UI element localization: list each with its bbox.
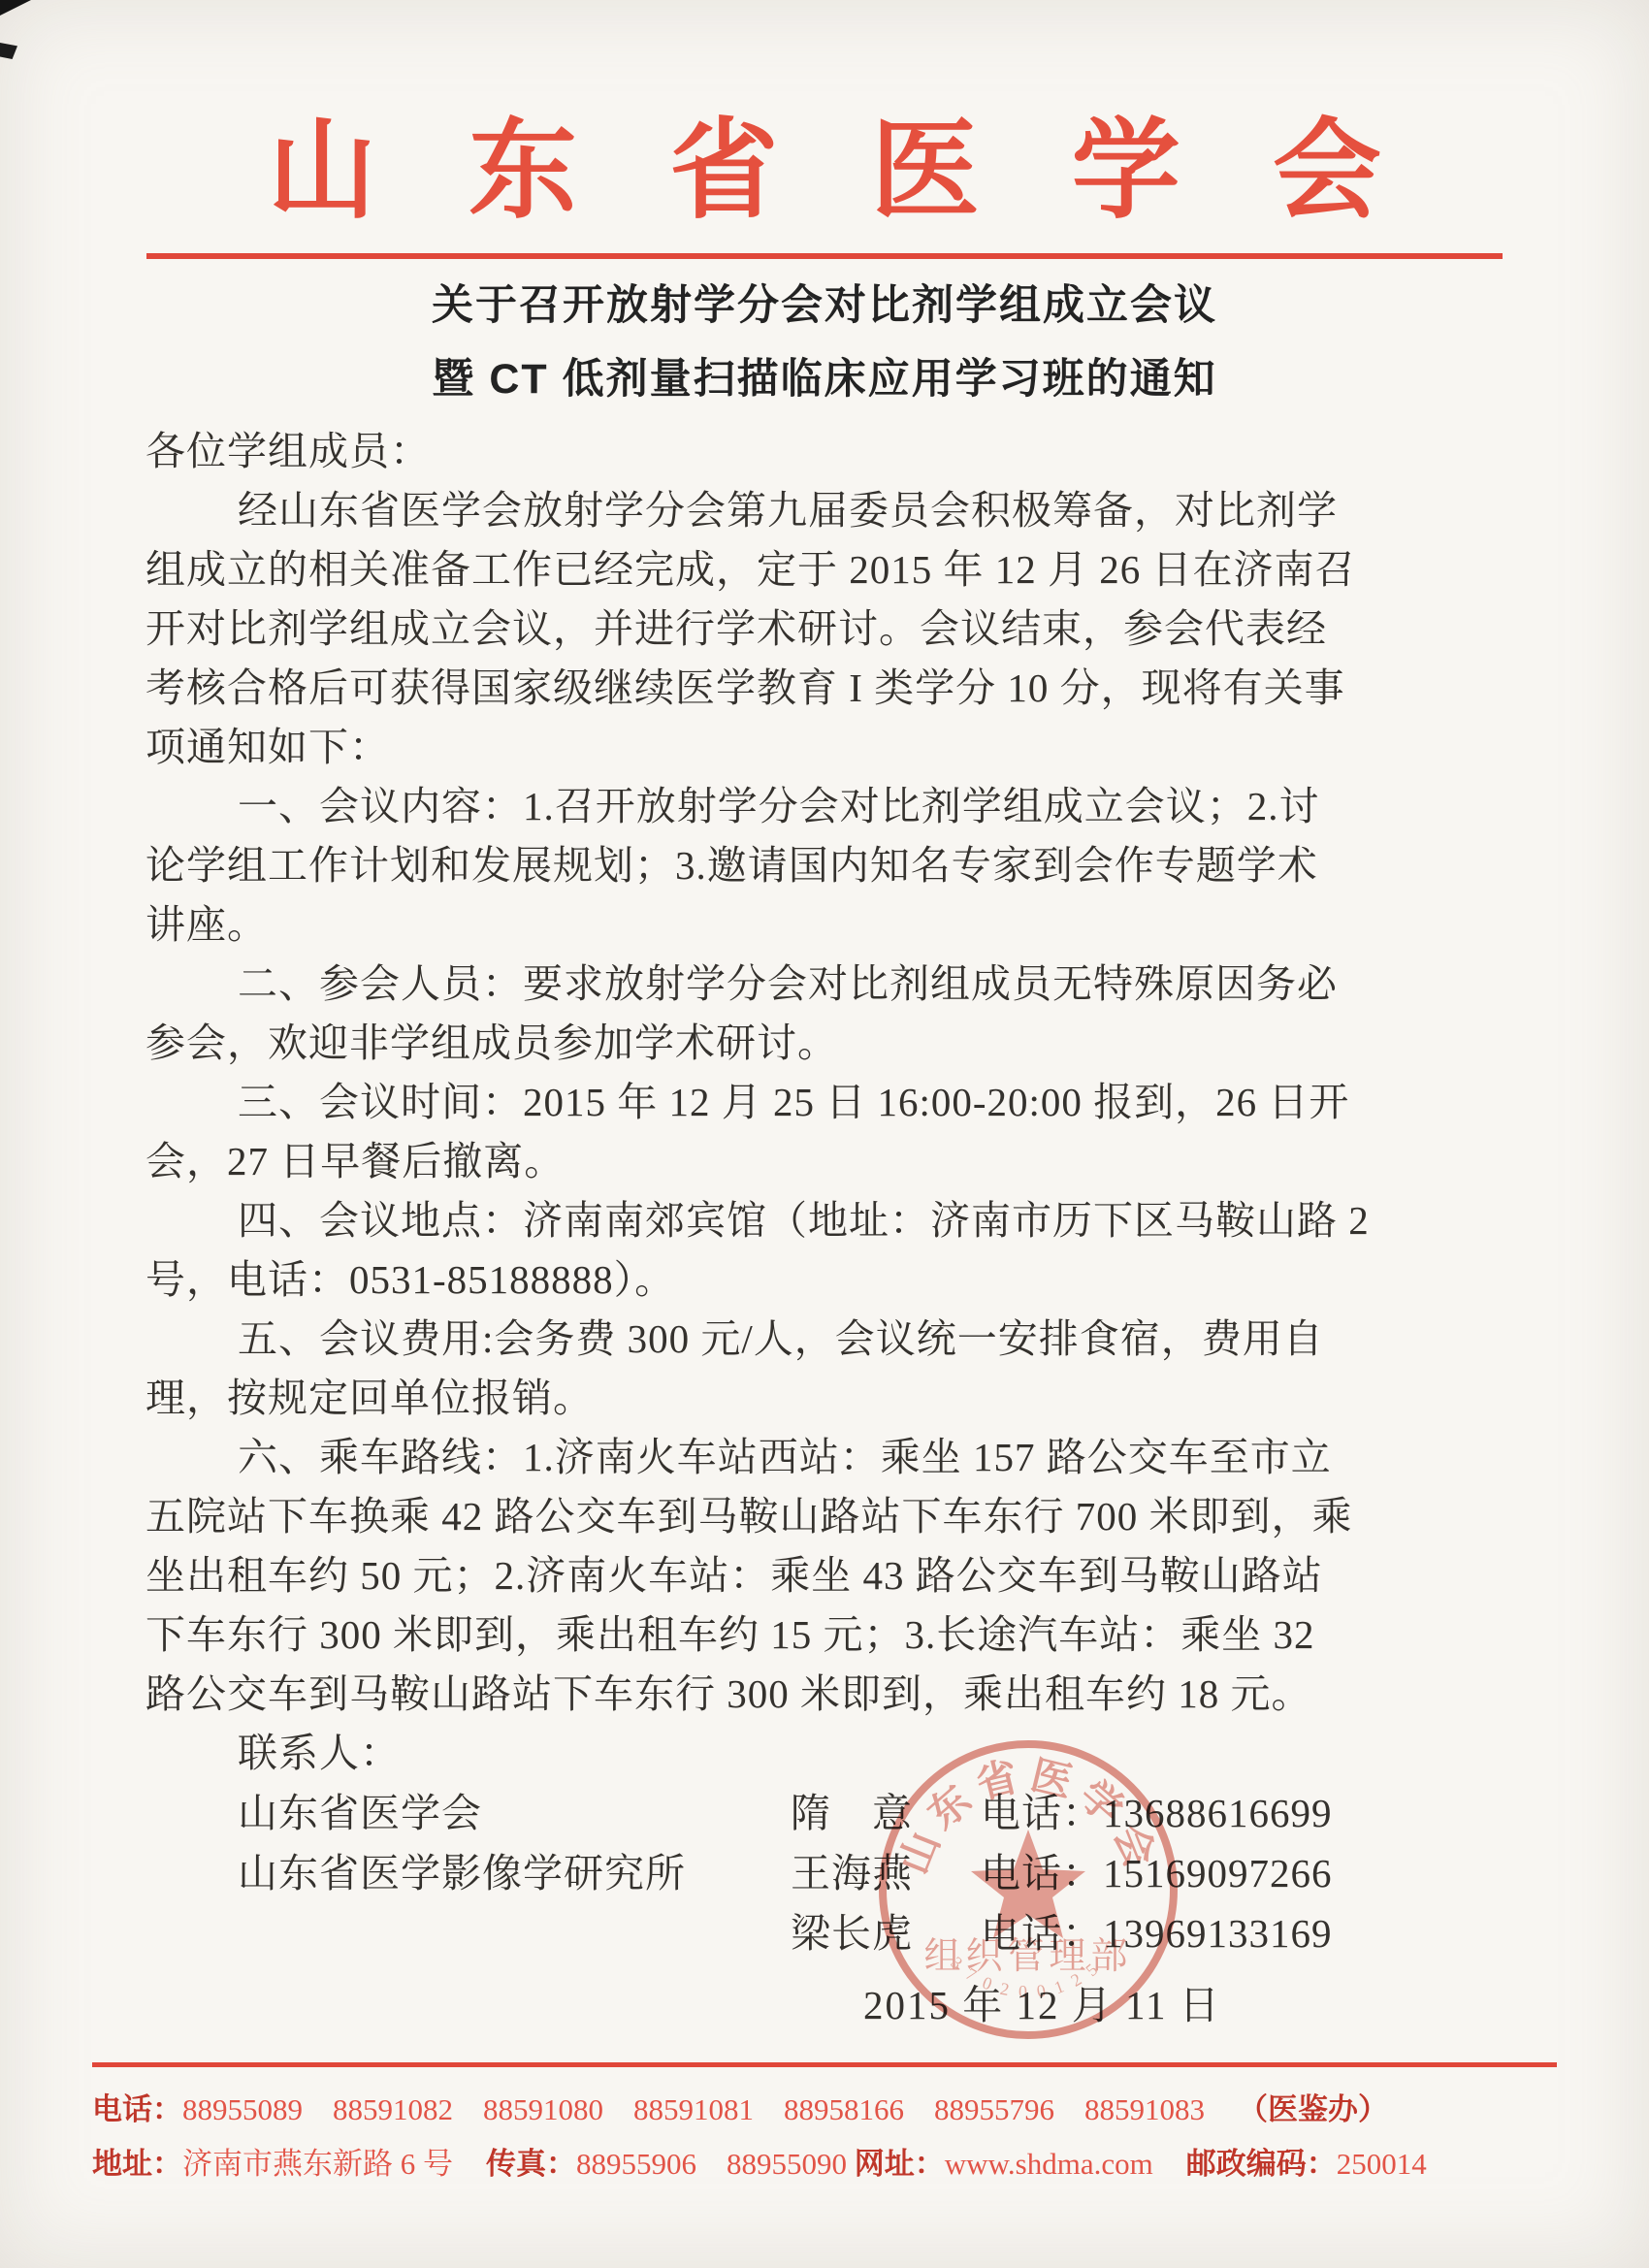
- letterhead-footer: 电话：88955089 88591082 88591080 88591081 8…: [92, 2062, 1557, 2191]
- body-line: 考核合格后可获得国家级继续医学教育 I 类学分 10 分，现将有关事: [145, 659, 1502, 718]
- body-line: 坐出租车约 50 元；2.济南火车站：乘坐 43 路公交车到马鞍山路站: [145, 1546, 1502, 1605]
- body-line: 经山东省医学会放射学分会第九届委员会积极筹备，对比剂学: [145, 481, 1502, 540]
- document-title: 关于召开放射学分会对比剂学组成立会议 暨 CT 低剂量扫描临床应用学习班的通知: [0, 269, 1649, 416]
- footer-web: www.shdma.com: [945, 2147, 1153, 2181]
- contact-phone-number: 15169097266: [1103, 1851, 1333, 1895]
- body-line: 五、会议费用:会务费 300 元/人，会议统一安排食宿，费用自: [145, 1310, 1502, 1369]
- footer-zip-label: 邮政编码：: [1186, 2147, 1337, 2181]
- letterhead-org-name: 山东省医学会: [0, 0, 1649, 232]
- contact-name: 梁长虎: [791, 1903, 981, 1963]
- scanned-notice-page: { "colors": { "header_red": "#e5503e", "…: [0, 0, 1649, 2268]
- body-line: 理，按规定回单位报销。: [145, 1369, 1502, 1428]
- footer-web-label: 网址：: [855, 2147, 945, 2181]
- footer-address-label: 地址：: [92, 2147, 182, 2181]
- footer-phone-line: 电话：88955089 88591082 88591080 88591081 8…: [92, 2083, 1557, 2137]
- letterhead-divider: [146, 253, 1503, 259]
- body-line: 讲座。: [145, 895, 1502, 955]
- footer-phone-suffix: （医鉴办）: [1238, 2092, 1388, 2126]
- contact-name: 王海燕: [791, 1843, 981, 1903]
- body-line: 三、会议时间：2015 年 12 月 25 日 16:00-20:00 报到，2…: [145, 1073, 1502, 1132]
- contact-phone: 电话：13969133169: [981, 1903, 1333, 1963]
- body-line: 各位学组成员：: [145, 422, 1502, 481]
- contact-row: 山东省医学影像学研究所王海燕电话：15169097266: [145, 1843, 1502, 1903]
- contact-phone-label: 电话：: [981, 1791, 1103, 1835]
- contact-phone: 电话：15169097266: [981, 1843, 1333, 1903]
- contact-org: 山东省医学影像学研究所: [238, 1843, 791, 1903]
- footer-fax-label: 传真：: [486, 2147, 576, 2181]
- body-line: 路公交车到马鞍山路站下车东行 300 米即到，乘出租车约 18 元。: [145, 1665, 1502, 1724]
- contact-phone-number: 13969133169: [1103, 1911, 1333, 1956]
- body-line: 四、会议地点：济南南郊宾馆（地址：济南市历下区马鞍山路 2: [145, 1191, 1502, 1250]
- footer-divider: [92, 2062, 1557, 2067]
- body-line: 项通知如下：: [145, 718, 1502, 777]
- contact-org: 山东省医学会: [238, 1783, 791, 1843]
- footer-phone-numbers: 88955089 88591082 88591080 88591081 8895…: [182, 2092, 1205, 2126]
- footer-zip: 250014: [1337, 2147, 1427, 2181]
- body-line: 号，电话：0531-85188888）。: [145, 1250, 1502, 1310]
- contact-name: 隋 意: [791, 1783, 981, 1843]
- body-line: 五院站下车换乘 42 路公交车到马鞍山路站下车东行 700 米即到，乘: [145, 1487, 1502, 1546]
- body-line: 开对比剂学组成立会议，并进行学术研讨。会议结束，参会代表经: [145, 599, 1502, 659]
- contact-phone: 电话：13688616699: [981, 1783, 1333, 1843]
- body-line: 下车东行 300 米即到，乘出租车约 15 元；3.长途汽车站：乘坐 32: [145, 1605, 1502, 1665]
- body-line: 论学组工作计划和发展规划；3.邀请国内知名专家到会作专题学术: [145, 836, 1502, 895]
- footer-phone-label: 电话：: [92, 2092, 182, 2126]
- contact-phone-label: 电话：: [981, 1911, 1103, 1956]
- contact-row: 山东省医学会隋 意电话：13688616699: [145, 1783, 1502, 1843]
- body-line: 组成立的相关准备工作已经完成，定于 2015 年 12 月 26 日在济南召: [145, 540, 1502, 599]
- body-line: 联系人：: [145, 1724, 1502, 1783]
- document-title-line1: 关于召开放射学分会对比剂学组成立会议: [0, 269, 1649, 342]
- body-line: 六、乘车路线：1.济南火车站西站：乘坐 157 路公交车至市立: [145, 1428, 1502, 1487]
- footer-address: 济南市燕东新路 6 号: [182, 2147, 453, 2181]
- body-text: 各位学组成员：经山东省医学会放射学分会第九届委员会积极筹备，对比剂学组成立的相关…: [145, 422, 1502, 1783]
- document-body: 各位学组成员：经山东省医学会放射学分会第九届委员会积极筹备，对比剂学组成立的相关…: [0, 416, 1649, 2029]
- contact-list: 山东省医学会隋 意电话：13688616699 山东省医学影像学研究所王海燕电话…: [145, 1783, 1502, 1963]
- body-line: 二、参会人员：要求放射学分会对比剂组成员无特殊原因务必: [145, 955, 1502, 1014]
- body-line: 一、会议内容：1.召开放射学分会对比剂学组成立会议；2.讨: [145, 777, 1502, 836]
- footer-fax: 88955906 88955090: [576, 2147, 847, 2181]
- body-line: 参会，欢迎非学组成员参加学术研讨。: [145, 1014, 1502, 1073]
- document-title-line2: 暨 CT 低剂量扫描临床应用学习班的通知: [0, 342, 1649, 416]
- contact-row: 梁长虎电话：13969133169: [145, 1903, 1502, 1963]
- footer-address-line: 地址：济南市燕东新路 6 号传真：88955906 88955090 网址：ww…: [92, 2137, 1557, 2191]
- contact-phone-number: 13688616699: [1103, 1791, 1333, 1835]
- body-line: 会，27 日早餐后撤离。: [145, 1132, 1502, 1191]
- contact-phone-label: 电话：: [981, 1851, 1103, 1895]
- document-date: 2015 年 12 月 11 日: [863, 1981, 1502, 2029]
